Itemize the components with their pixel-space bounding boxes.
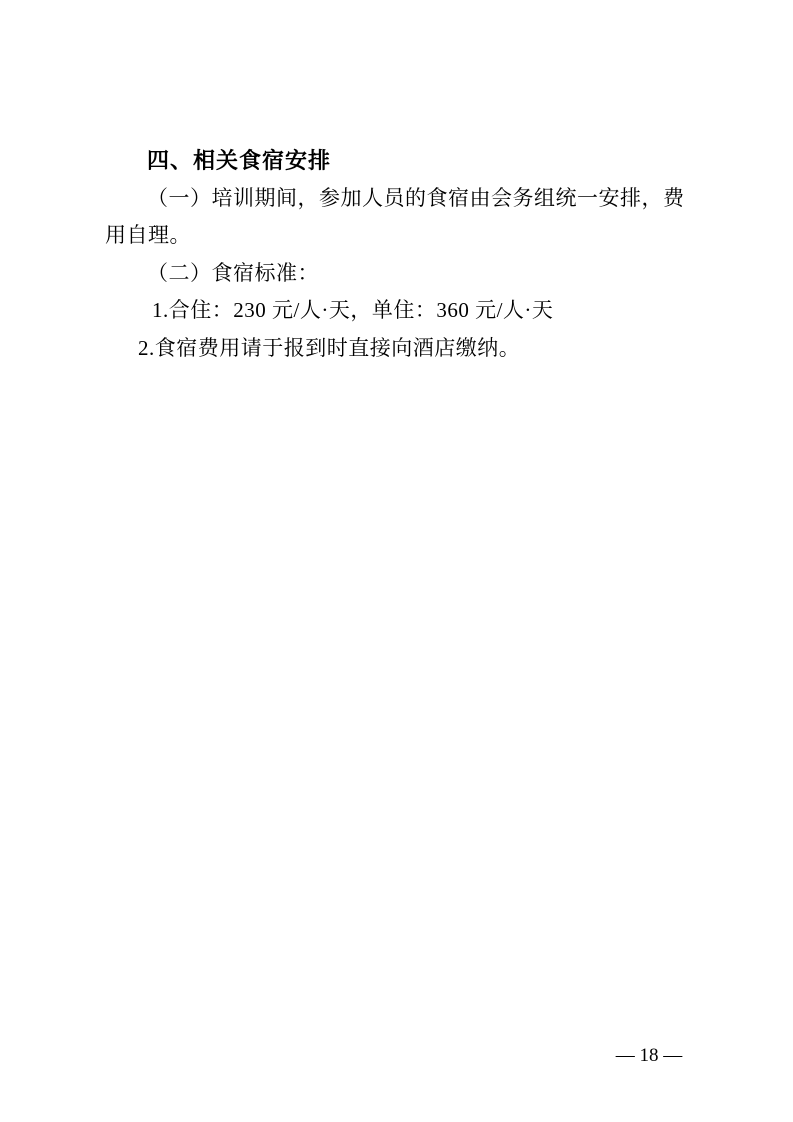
section-heading: 四、相关食宿安排 [105,142,683,180]
paragraph-2-heading: （二）食宿标准： [105,255,683,293]
paragraph-1-line-2: 用自理。 [105,217,683,255]
list-item-2: 2.食宿费用请于报到时直接向酒店缴纳。 [105,330,683,368]
document-page: 四、相关食宿安排 （一）培训期间，参加人员的食宿由会务组统一安排，费 用自理。 … [0,0,793,1122]
page-number: — 18 — [610,1044,688,1068]
document-body: 四、相关食宿安排 （一）培训期间，参加人员的食宿由会务组统一安排，费 用自理。 … [105,142,683,367]
list-item-1: 1.合住：230 元/人·天，单住：360 元/人·天 [105,292,683,330]
paragraph-1-line-1: （一）培训期间，参加人员的食宿由会务组统一安排，费 [105,180,683,218]
